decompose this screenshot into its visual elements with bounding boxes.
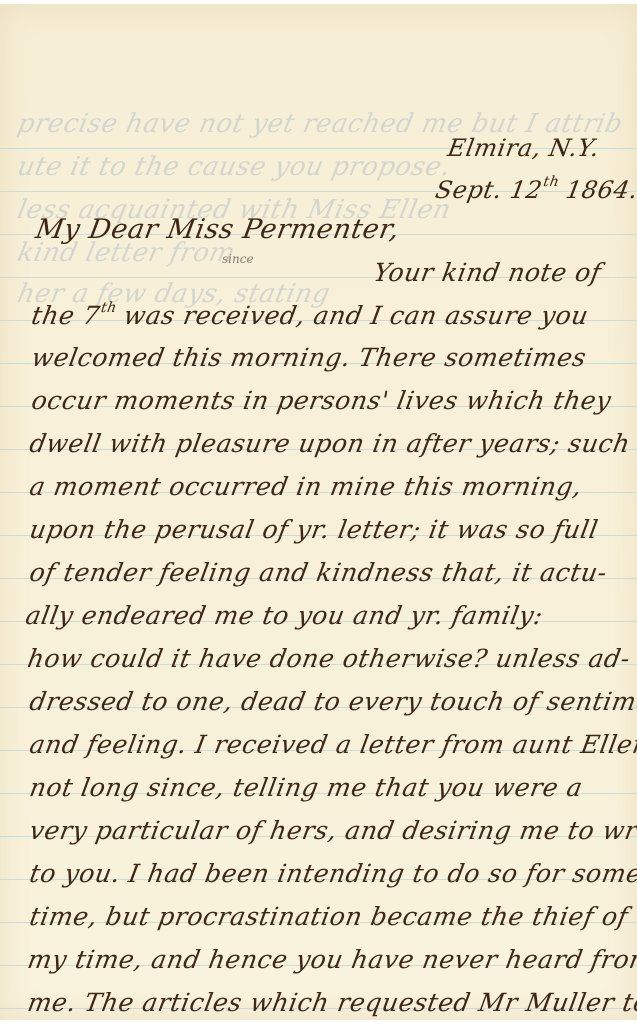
letter-line: welcomed this morning. There sometimes <box>29 343 588 372</box>
letter-line: ally endeared me to you and yr. family: <box>23 601 545 630</box>
line-fragment: was received, and I can assure you <box>122 301 591 330</box>
letter-line: my time, and hence you have never heard … <box>25 945 637 974</box>
letter-line: to you. I had been intending to do so fo… <box>27 859 637 888</box>
letter-line: upon the perusal of yr. letter; it was s… <box>27 515 600 544</box>
insertion-note: since <box>222 252 254 266</box>
salutation: My Dear Miss Permenter, <box>33 214 402 245</box>
letter-line: dwell with pleasure upon in after years;… <box>27 429 632 458</box>
letter-place: Elmira, N.Y. <box>446 134 602 162</box>
letter-line: Your kind note of <box>371 258 603 287</box>
date-ordinal: th <box>542 174 561 190</box>
letter-line: a moment occurred in mine this morning, <box>27 472 584 501</box>
line-ordinal: th <box>100 300 119 316</box>
letter-line: the 7th was received, and I can assure y… <box>29 300 591 330</box>
letter-line: not long since, telling me that you were… <box>27 773 585 802</box>
letter-line: me. The articles which requested Mr Mull… <box>25 988 637 1017</box>
letter-line: of tender feeling and kindness that, it … <box>27 558 609 587</box>
letter-line: occur moments in persons' lives which th… <box>29 386 613 415</box>
bleed-through-text: ute it to the cause you propose. <box>15 152 454 182</box>
letter-line: very particular of hers, and desiring me… <box>27 816 637 845</box>
letter-line: time, but procrastination became the thi… <box>27 902 630 931</box>
date-day: Sept. 12 <box>433 176 544 204</box>
letter-line: and feeling. I received a letter from au… <box>27 730 637 759</box>
letter-date: Sept. 12th 1864. <box>433 174 637 204</box>
letter-line: dressed to one, dead to every touch of s… <box>27 687 637 716</box>
letter-line: how could it have done otherwise? unless… <box>25 644 632 673</box>
letter-page: precise have not yet reached me but I at… <box>0 4 637 1020</box>
date-year: 1864. <box>564 176 637 204</box>
line-fragment: the 7 <box>29 301 102 330</box>
